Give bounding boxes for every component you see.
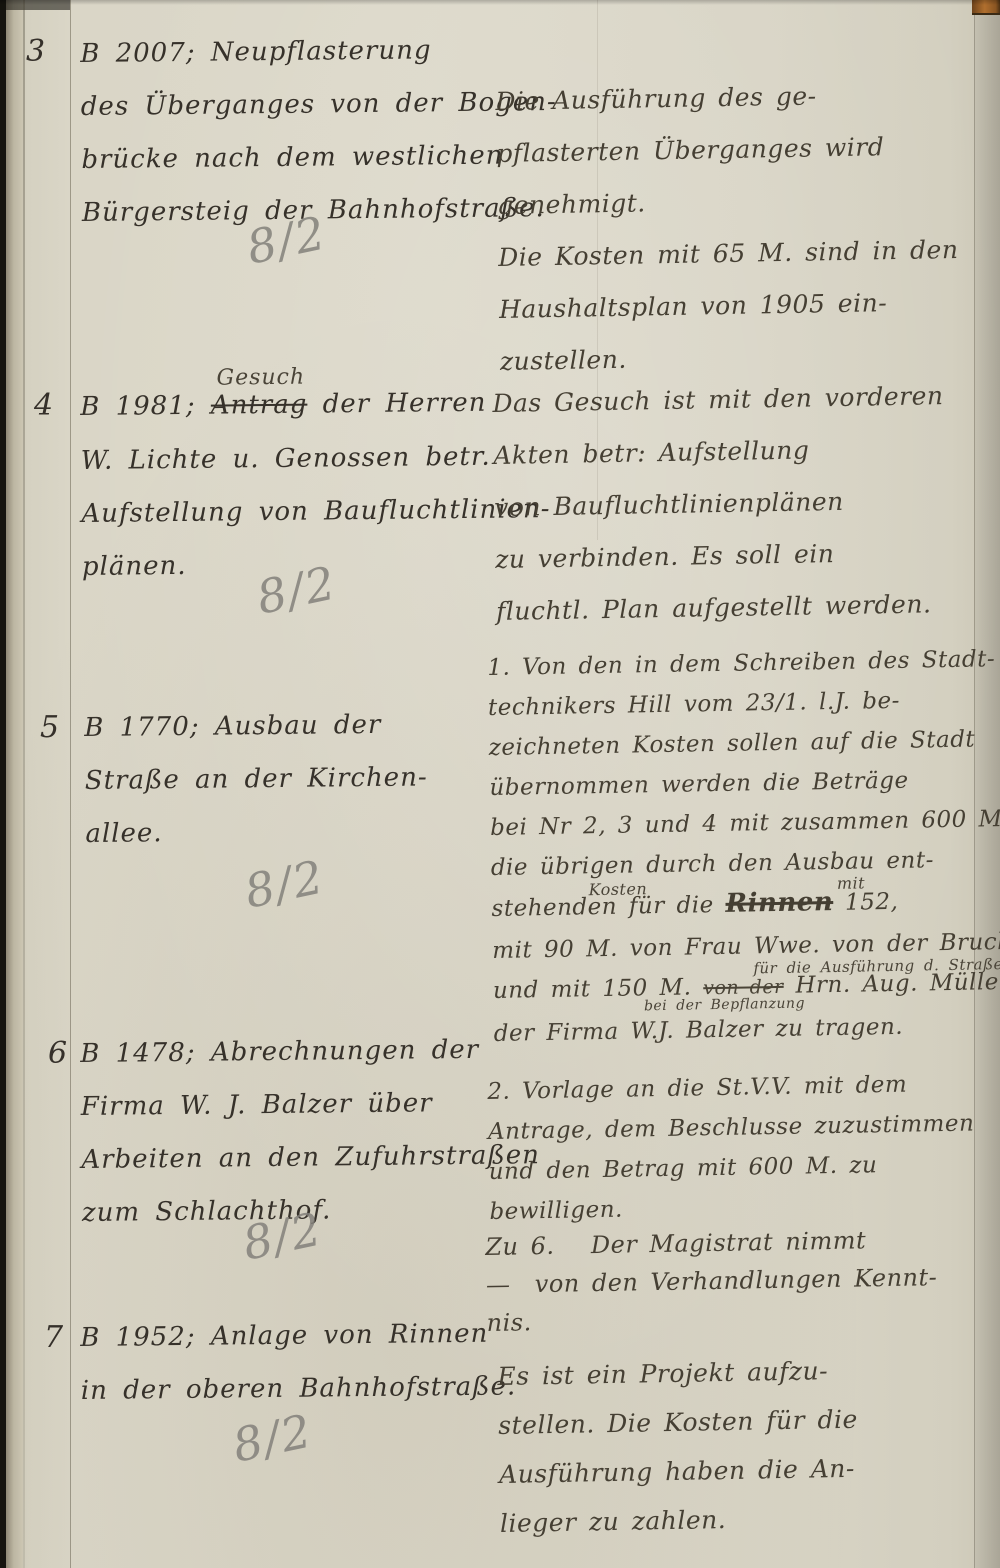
resolution-text: Die Ausführung des ge- pflasterten Überg… (495, 68, 961, 388)
case-subject: B 1770; Ausbau der Straße an der Kirchen… (84, 698, 428, 861)
entry-number: 5 (40, 710, 59, 745)
pencil-date: 8/2 (240, 849, 330, 918)
inserted-word: Gesuch (216, 352, 217, 405)
resolution-text: Zu 6. Der Magistrat nimmt — von den Verh… (485, 1220, 938, 1342)
struck-word: Rinnen (725, 887, 833, 919)
resolution-text: 1. Von den in dem Schreiben des Stadt- t… (487, 639, 1000, 1054)
resolution-text: 2. Vorlage an die St.V.V. mit dem Antrag… (487, 1064, 976, 1232)
struck-word: Antrag (211, 390, 308, 421)
scan-edge-top (0, 0, 1000, 5)
margin-rule-line (70, 0, 71, 1568)
entry-number: 3 (26, 34, 45, 69)
entry-number: 4 (34, 388, 53, 423)
case-subject: B 1952; Anlage von Rinnen in der oberen … (80, 1307, 517, 1418)
entry-number: 7 (44, 1320, 63, 1355)
manuscript-page: 3 B 2007; Neupflasterung des Überganges … (0, 0, 1000, 1568)
paper-crease-left (23, 0, 25, 1568)
resolution-text: Das Gesuch ist mit den vorderen Akten be… (492, 370, 948, 638)
resolution-text: Es ist ein Projekt aufzu- stellen. Die K… (497, 1346, 860, 1548)
entry-number: 6 (48, 1036, 67, 1071)
book-edge-left (6, 0, 23, 1568)
